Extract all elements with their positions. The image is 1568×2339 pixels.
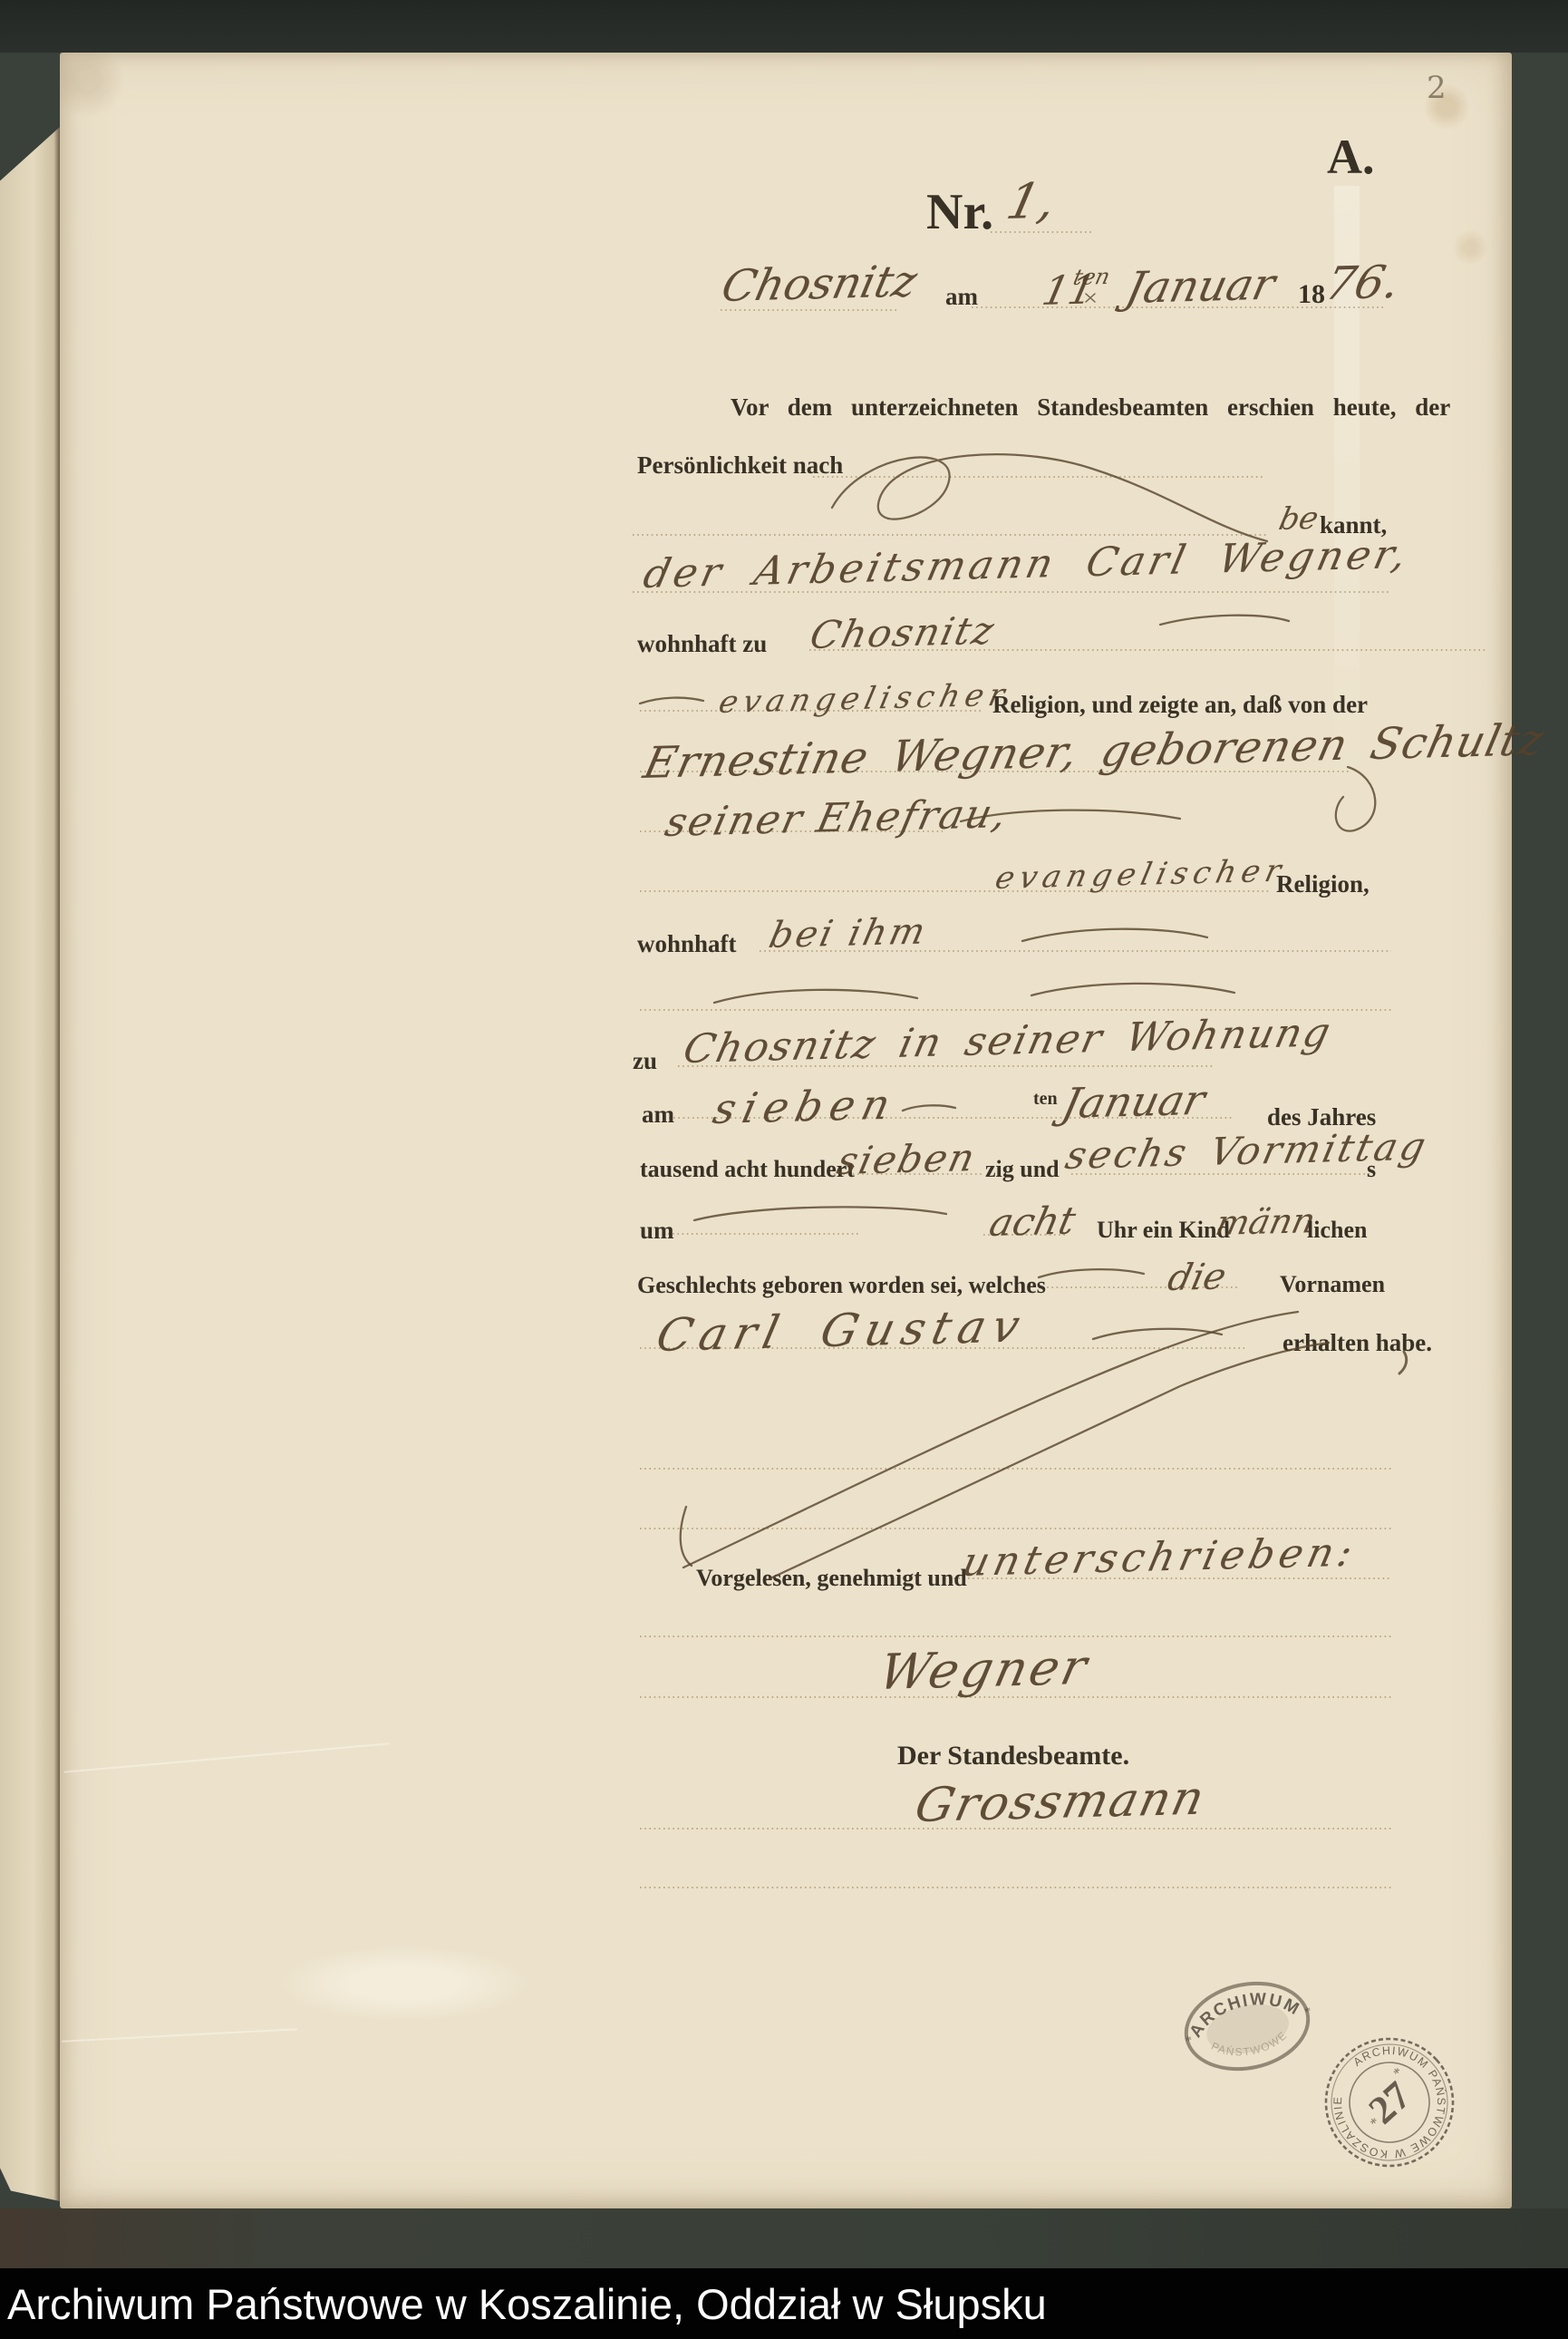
scan-background-top: [0, 0, 1568, 53]
form-intro-line: Vor dem unterzeichneten Standesbeamten e…: [731, 395, 1450, 420]
handwritten-hour: acht: [986, 1202, 1079, 1242]
label-religion-2: Religion,: [1276, 872, 1370, 897]
archive-caption-text: Archiwum Państwowe w Koszalinie, Oddział…: [0, 2279, 1047, 2329]
handwritten-seiner-ehefrau: seiner Ehefrau,: [662, 794, 1012, 843]
label-uhr-ein-kind: Uhr ein Kind: [1097, 1218, 1230, 1242]
label-wohnhaft-zu: wohnhaft zu: [637, 632, 767, 656]
oval-stamp-star-left: *: [1184, 2033, 1194, 2049]
handwritten-birth-month: Januar: [1059, 1079, 1209, 1124]
handwritten-gender: männ: [1213, 1203, 1319, 1240]
label-ten-suffix: ten: [1033, 1090, 1058, 1108]
label-geschlechts-line: Geschlechts geboren worden sei, welches: [637, 1274, 1046, 1297]
handwritten-birth-day: sieben: [710, 1083, 901, 1130]
form-letter: A.: [1327, 132, 1375, 181]
handwritten-child-names: Carl Gustav: [653, 1303, 1031, 1358]
handwritten-bei-ihm: bei ihm: [766, 914, 931, 954]
label-erhalten-habe: erhalten habe.: [1282, 1331, 1432, 1355]
signature-officer: Grossmann: [911, 1775, 1210, 1829]
scan-background-bottom: [0, 2208, 1568, 2268]
label-vornamen: Vornamen: [1280, 1273, 1385, 1296]
page-number-stamp: 2: [1427, 73, 1447, 103]
handwritten-be: be: [1276, 503, 1321, 535]
handwritten-tens: sieben: [834, 1139, 980, 1180]
signature-declarant: Wegner: [875, 1643, 1094, 1697]
handwritten-residence: Chosnitz: [807, 612, 999, 655]
label-religion-zeigte-an: Religion, und zeigte an, daß von der: [992, 693, 1368, 717]
label-vorgelesen: Vorgelesen, genehmigt und: [696, 1567, 967, 1590]
dateline-day-suffix: ten: [1071, 266, 1112, 288]
label-tausend-acht-hundert: tausend acht hundert: [640, 1158, 855, 1181]
scanned-document-page: Nr. 1, A. 2 Chosnitz am 11 ten Januar 18…: [0, 0, 1568, 2339]
handwritten-religion-1: evangelischer: [716, 680, 1012, 718]
label-wohnhaft: wohnhaft: [637, 932, 737, 956]
label-am-2: am: [642, 1102, 674, 1127]
handwritten-unterschrieben: unterschrieben:: [959, 1533, 1360, 1583]
label-lichen: lichen: [1307, 1218, 1367, 1242]
label-der-standesbeamte: Der Standesbeamte.: [897, 1742, 1129, 1770]
handwritten-hour-period: sechs Vormittag: [1062, 1128, 1431, 1175]
label-persoenlichkeit-nach: Persönlichkeit nach: [637, 453, 843, 478]
archive-caption-bar: Archiwum Państwowe w Koszalinie, Oddział…: [0, 2268, 1568, 2339]
dateline-place-handwritten: Chosnitz: [718, 259, 921, 308]
round-stamp-number: 27: [1360, 2072, 1419, 2132]
handwritten-religion-2: evangelischer: [992, 856, 1289, 894]
previous-page-edge: [0, 127, 60, 2201]
label-zig-und: zig und: [985, 1158, 1060, 1181]
dateline-month-handwritten: Januar: [1122, 263, 1279, 310]
handwritten-die: die: [1165, 1258, 1229, 1296]
record-number-label: Nr.: [926, 187, 993, 238]
label-s-suffix: s: [1367, 1158, 1376, 1181]
label-zu: zu: [633, 1049, 657, 1073]
dateline-year-handwritten: 76.: [1321, 259, 1404, 306]
dateline-am-label: am: [945, 285, 978, 309]
oval-stamp-star-right: *: [1303, 2004, 1313, 2020]
label-um: um: [640, 1218, 674, 1243]
